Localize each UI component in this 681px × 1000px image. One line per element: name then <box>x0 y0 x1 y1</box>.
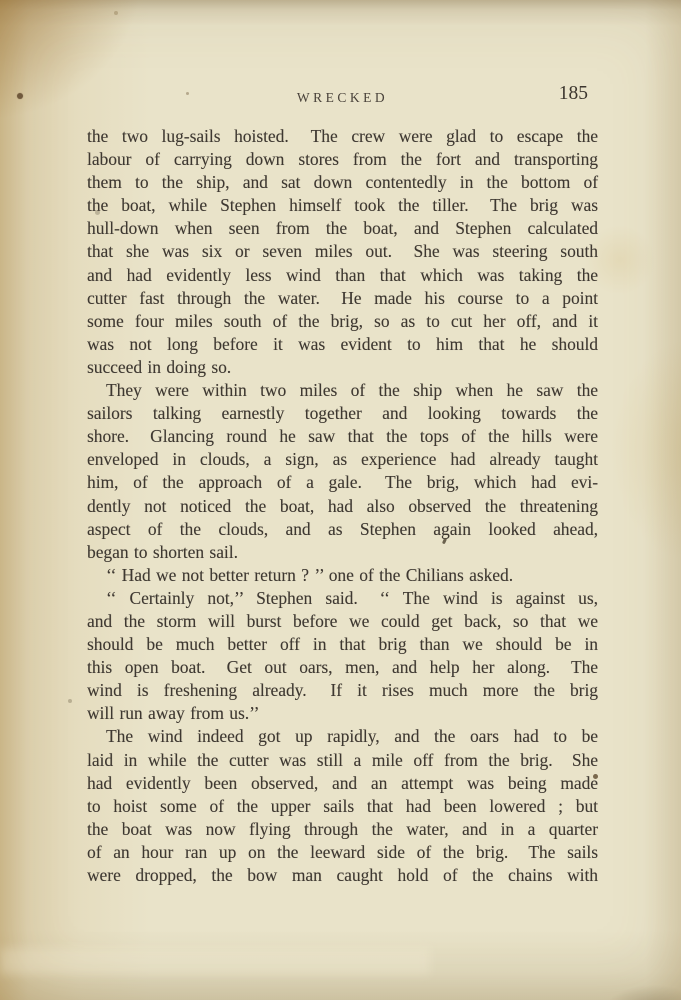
book-page: WRECKED 185 the two lug-sails hoisted. T… <box>0 0 681 1000</box>
text-line: dently not noticed the boat, had also ob… <box>87 495 598 518</box>
text-line: shore. Glancing round he saw that the to… <box>87 425 598 448</box>
text-line: ‘‘ Certainly not,’’ Stephen said. ‘‘ The… <box>87 587 598 610</box>
text-line: the two lug-sails hoisted. The crew were… <box>87 125 598 148</box>
text-line: wind is freshening already. If it rises … <box>87 679 598 702</box>
text-line: and had evidently less wind than that wh… <box>87 264 598 287</box>
text-line: were dropped, the bow man caught hold of… <box>87 864 598 887</box>
foxing-speck <box>593 774 598 779</box>
paper-stain <box>0 948 430 974</box>
text-line: had evidently been observed, and an atte… <box>87 772 598 795</box>
page-number: 185 <box>559 83 588 105</box>
text-line: them to the ship, and sat down contented… <box>87 171 598 194</box>
text-line: sailors talking earnestly together and l… <box>87 402 598 425</box>
foxing-speck <box>68 699 72 703</box>
text-line: aspect of the clouds, and as Stephen aga… <box>87 518 598 541</box>
text-line: the boat, while Stephen himself took the… <box>87 194 598 217</box>
foxing-speck <box>17 93 23 99</box>
text-line: labour of carrying down stores from the … <box>87 148 598 171</box>
text-line: laid in while the cutter was still a mil… <box>87 749 598 772</box>
text-line: should be much better off in that brig t… <box>87 633 598 656</box>
running-title: WRECKED <box>87 86 598 106</box>
body-text: the two lug-sails hoisted. The crew were… <box>87 125 598 887</box>
text-line: will run away from us.’’ <box>87 702 598 725</box>
text-line: ‘‘ Had we not better return ? ’’ one of … <box>87 564 598 587</box>
text-line: enveloped in clouds, a sign, as experien… <box>87 448 598 471</box>
text-line: succeed in doing so. <box>87 356 598 379</box>
text-line: The wind indeed got up rapidly, and the … <box>87 725 598 748</box>
text-line: this open boat. Get out oars, men, and h… <box>87 656 598 679</box>
text-line: to hoist some of the upper sails that ha… <box>87 795 598 818</box>
text-line: the boat was now flying through the wate… <box>87 818 598 841</box>
text-line: and the storm will burst before we could… <box>87 610 598 633</box>
text-line: some four miles south of the brig, so as… <box>87 310 598 333</box>
page-header: WRECKED 185 <box>87 86 598 110</box>
foxing-speck <box>95 210 100 215</box>
text-line: was not long before it was evident to hi… <box>87 333 598 356</box>
foxing-speck <box>114 11 118 15</box>
text-line: cutter fast through the water. He made h… <box>87 287 598 310</box>
text-line: hull-down when seen from the boat, and S… <box>87 217 598 240</box>
text-line: him, of the approach of a gale. The brig… <box>87 471 598 494</box>
text-line: that she was six or seven miles out. She… <box>87 240 598 263</box>
text-line: They were within two miles of the ship w… <box>87 379 598 402</box>
foxing-speck <box>186 92 189 95</box>
text-line: began to shorten sail. <box>87 541 598 564</box>
text-line: of an hour ran up on the leeward side of… <box>87 841 598 864</box>
